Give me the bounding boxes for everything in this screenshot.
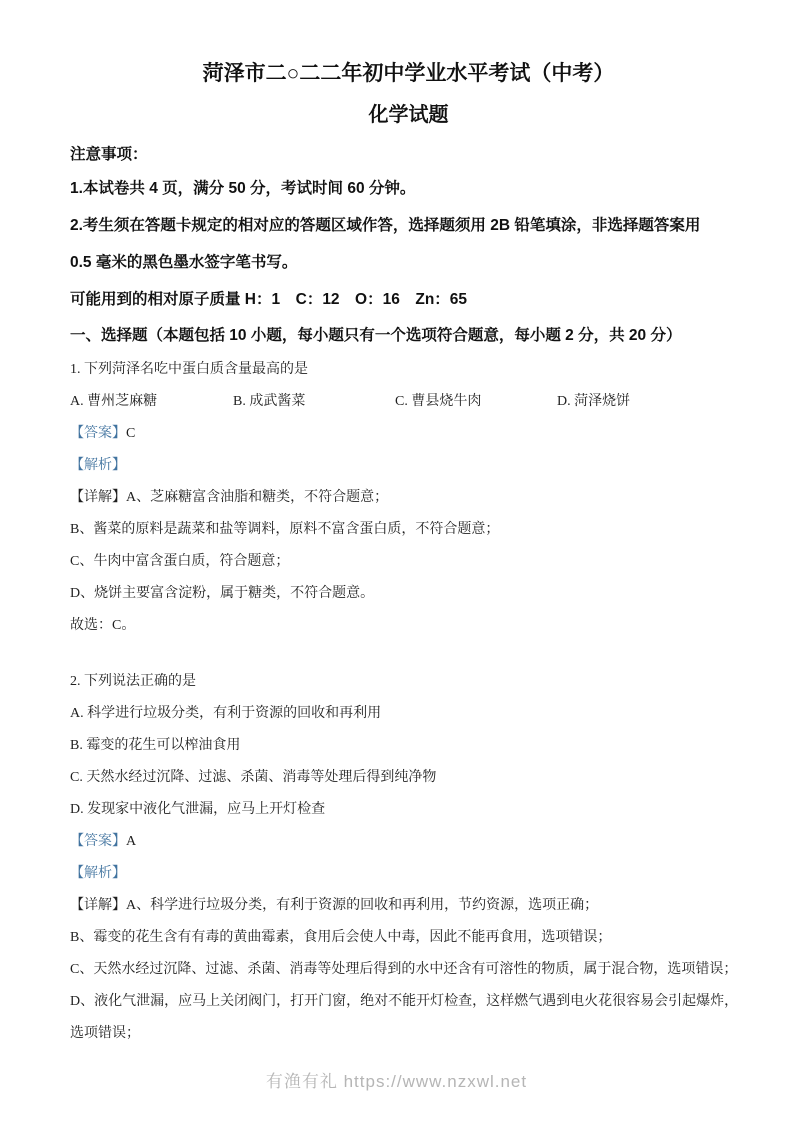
detail-label: 【详解】 xyxy=(70,490,126,505)
detail-line: C、天然水经过沉降、过滤、杀菌、消毒等处理后得到的水中还含有可溶性的物质，属于混… xyxy=(70,954,747,986)
question-block-1: 1. 下列菏泽名吃中蛋白质含量最高的是 A. 曹州芝麻糖 B. 成武酱菜 C. … xyxy=(70,354,747,642)
detail-line: 【详解】A、芝麻糖富含油脂和糖类，不符合题意； xyxy=(70,482,747,514)
detail-line: D、烧饼主要富含淀粉，属于糖类，不符合题意。 xyxy=(70,578,747,610)
page-subtitle: 化学试题 xyxy=(70,100,747,130)
answer-value: A xyxy=(126,834,136,849)
question-stem: 2. 下列说法正确的是 xyxy=(70,666,747,698)
answer-value: C xyxy=(126,426,135,441)
question-stem: 1. 下列菏泽名吃中蛋白质含量最高的是 xyxy=(70,354,747,386)
analysis-label: 【解析】 xyxy=(70,866,126,881)
answer-label: 【答案】 xyxy=(70,426,126,441)
notice-heading: 注意事项： xyxy=(70,140,747,170)
exam-document-page: 菏泽市二○二二年初中学业水平考试（中考） 化学试题 注意事项： 1.本试卷共 4… xyxy=(0,0,793,1122)
analysis-label: 【解析】 xyxy=(70,458,126,473)
option-item: D. 菏泽烧饼 xyxy=(557,386,747,418)
detail-text: A、芝麻糖富含油脂和糖类，不符合题意； xyxy=(126,490,388,505)
analysis-line: 【解析】 xyxy=(70,450,747,482)
page-title: 菏泽市二○二二年初中学业水平考试（中考） xyxy=(70,58,747,90)
footer-watermark: 有渔有礼 https://www.nzxwl.net xyxy=(0,1067,793,1092)
conclusion-line: 故选：C。 xyxy=(70,610,747,642)
detail-line: B、霉变的花生含有有毒的黄曲霉素，食用后会使人中毒，因此不能再食用，选项错误； xyxy=(70,922,747,954)
notice-line: 2.考生须在答题卡规定的相对应的答题区域作答，选择题须用 2B 铅笔填涂，非选择… xyxy=(70,207,747,244)
option-item: C. 天然水经过沉降、过滤、杀菌、消毒等处理后得到纯净物 xyxy=(70,762,747,794)
detail-line: C、牛肉中富含蛋白质，符合题意； xyxy=(70,546,747,578)
detail-label: 【详解】 xyxy=(70,898,126,913)
notice-line: 0.5 毫米的黑色墨水签字笔书写。 xyxy=(70,244,747,281)
option-item: B. 霉变的花生可以榨油食用 xyxy=(70,730,747,762)
option-item: A. 科学进行垃圾分类，有利于资源的回收和再利用 xyxy=(70,698,747,730)
option-item: C. 曹县烧牛肉 xyxy=(395,386,557,418)
options-row: A. 曹州芝麻糖 B. 成武酱菜 C. 曹县烧牛肉 D. 菏泽烧饼 xyxy=(70,386,747,418)
question-block-2: 2. 下列说法正确的是 A. 科学进行垃圾分类，有利于资源的回收和再利用 B. … xyxy=(70,666,747,1050)
answer-line: 【答案】C xyxy=(70,418,747,450)
notice-line: 1.本试卷共 4 页，满分 50 分，考试时间 60 分钟。 xyxy=(70,170,747,207)
answer-line: 【答案】A xyxy=(70,826,747,858)
option-item: A. 曹州芝麻糖 xyxy=(70,386,233,418)
detail-text: A、科学进行垃圾分类，有利于资源的回收和再利用，节约资源，选项正确； xyxy=(126,898,598,913)
detail-line: 【详解】A、科学进行垃圾分类，有利于资源的回收和再利用，节约资源，选项正确； xyxy=(70,890,747,922)
answer-label: 【答案】 xyxy=(70,834,126,849)
option-item: D. 发现家中液化气泄漏，应马上开灯检查 xyxy=(70,794,747,826)
option-item: B. 成武酱菜 xyxy=(233,386,395,418)
atomic-mass-line: 可能用到的相对原子质量 H：1 C：12 O：16 Zn：65 xyxy=(70,281,747,318)
analysis-line: 【解析】 xyxy=(70,858,747,890)
document-content: 菏泽市二○二二年初中学业水平考试（中考） 化学试题 注意事项： 1.本试卷共 4… xyxy=(0,0,793,1050)
detail-line: B、酱菜的原料是蔬菜和盐等调料，原料不富含蛋白质，不符合题意； xyxy=(70,514,747,546)
detail-line: 选项错误； xyxy=(70,1018,747,1050)
section-heading: 一、选择题（本题包括 10 小题，每小题只有一个选项符合题意，每小题 2 分，共… xyxy=(70,318,747,354)
detail-line: D、液化气泄漏，应马上关闭阀门，打开门窗，绝对不能开灯检查，这样燃气遇到电火花很… xyxy=(70,986,747,1018)
